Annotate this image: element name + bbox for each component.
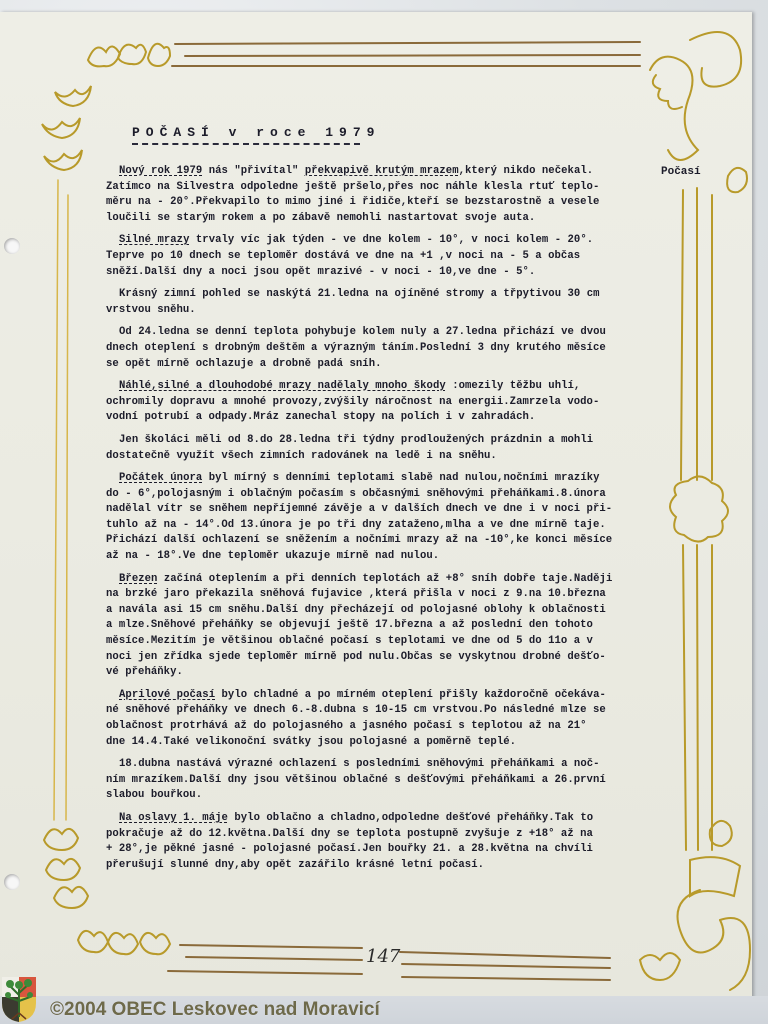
text-line: měsíce.Mezitím je většinou oblačné počas… [106, 634, 646, 650]
text-run: začíná oteplením a při denních teplotách… [157, 573, 612, 585]
municipality-crest-icon [0, 973, 38, 1023]
paragraph: Od 24.ledna se denní teplota pohybuje ko… [106, 325, 646, 372]
paragraph: Počátek února byl mírný s denními teplot… [106, 471, 646, 565]
paragraph: Krásný zimní pohled se naskýtá 21.ledna … [106, 287, 646, 318]
document-body: Nový rok 1979 nás "přivítal" překvapivě … [106, 164, 646, 880]
underlined-heading: Silné mrazy [119, 234, 189, 246]
text-line: Březen začíná oteplením a při denních te… [106, 572, 646, 588]
text-run: slabou bouřkou. [106, 789, 202, 801]
text-line: vodní potrubí a odpady.Mráz zanechal sto… [106, 410, 646, 426]
text-run: :omezily těžbu uhlí, [446, 380, 581, 392]
text-run: dnech oteplení s drobným deštěm a výrazn… [106, 342, 606, 354]
text-line: přerušují slunné dny,aby opět zazářilo k… [106, 858, 646, 874]
paragraph: 18.dubna nastává výrazné ochlazení s pos… [106, 757, 646, 804]
text-line: až na - 18°.Ve dne teploměr ukazuje mírn… [106, 549, 646, 565]
text-run: oblačnost protrhává až do polojasného a … [106, 720, 587, 732]
page-title: POČASÍ v roce 1979 [132, 125, 380, 140]
text-line: měru na - 20°.Překvapilo to mimo jiné i … [106, 195, 646, 211]
text-line: Nový rok 1979 nás "přivítal" překvapivě … [106, 164, 646, 180]
text-run: měru na - 20°.Překvapilo to mimo jiné i … [106, 196, 599, 208]
text-run: a navála asi 15 cm sněhu.Další dny přech… [106, 604, 606, 616]
paragraph: Na oslavy 1. máje bylo oblačno a chladno… [106, 811, 646, 873]
paragraph: Silné mrazy trvaly víc jak týden - ve dn… [106, 233, 646, 280]
underlined-heading: Nový rok 1979 [119, 165, 202, 177]
paragraph: Březen začíná oteplením a při denních te… [106, 572, 646, 681]
text-line: noci jen zřídka sjede teploměr mírně pod… [106, 650, 646, 666]
text-run: Zatímco na Silvestra odpoledne ještě prš… [106, 181, 599, 193]
title-underline [132, 143, 360, 145]
underlined-heading: Počátek února [119, 472, 202, 484]
text-run: přerušují slunné dny,aby opět zazářilo k… [106, 859, 484, 871]
text-run: ochromily dopravu a mnohé provozy,zvýšil… [106, 396, 599, 408]
text-line: né sněhové přeháňky ve dnech 6.-8.dubna … [106, 703, 646, 719]
underlined-heading: překvapivě krutým mrazem [305, 165, 459, 177]
text-run: až na - 18°.Ve dne teploměr ukazuje mírn… [106, 550, 439, 562]
text-line: ním mrazíkem.Další dny jsou většinou obl… [106, 773, 646, 789]
paragraph: Náhlé,silné a dlouhodobé mrazy nadělaly … [106, 379, 646, 426]
text-line: nadělal vítr se sněhem nepříjemné závěje… [106, 502, 646, 518]
page-number: 147 [366, 946, 400, 967]
text-run: vodní potrubí a odpady.Mráz zanechal sto… [106, 411, 535, 423]
punch-hole [4, 874, 20, 890]
punch-hole [4, 238, 20, 254]
text-line: se opět mírně ochlazuje a drobně padá sn… [106, 357, 646, 373]
text-run: Jen školáci měli od 8.do 28.ledna tři tý… [119, 434, 593, 446]
text-line: dne 14.4.Také velikonoční svátky jsou po… [106, 735, 646, 751]
text-line: ochromily dopravu a mnohé provozy,zvýšil… [106, 395, 646, 411]
text-run: nás "přivítal" [202, 165, 305, 177]
text-run: a mlze.Sněhové přeháňky se objevují ješt… [106, 619, 593, 631]
text-line: slabou bouřkou. [106, 788, 646, 804]
text-run: trvaly víc jak týden - ve dne kolem - 10… [189, 234, 593, 246]
text-run: Od 24.ledna se denní teplota pohybuje ko… [119, 326, 606, 338]
text-line: Náhlé,silné a dlouhodobé mrazy nadělaly … [106, 379, 646, 395]
text-line: Krásný zimní pohled se naskýtá 21.ledna … [106, 287, 646, 303]
underlined-heading: Náhlé,silné a dlouhodobé mrazy nadělaly … [119, 380, 446, 392]
text-run: na brzké jaro překazila sněhová fujavice… [106, 588, 606, 600]
text-line: Na oslavy 1. máje bylo oblačno a chladno… [106, 811, 646, 827]
paragraph: Aprilové počasí bylo chladné a po mírném… [106, 688, 646, 750]
text-line: Aprilové počasí bylo chladné a po mírném… [106, 688, 646, 704]
text-line: vrstvou sněhu. [106, 303, 646, 319]
text-run: ,který nikdo nečekal. [459, 165, 594, 177]
text-line: loučili se starým rokem a po zábavě nemo… [106, 211, 646, 227]
text-run: Teprve po 10 dnech se teploměr dostává v… [106, 250, 580, 262]
text-run: loučili se starým rokem a po zábavě nemo… [106, 212, 535, 224]
text-line: Silné mrazy trvaly víc jak týden - ve dn… [106, 233, 646, 249]
text-run: dostatečně využít všech zimních radováne… [106, 450, 497, 462]
text-run: bylo chladné a po mírném oteplení přišly… [215, 689, 606, 701]
text-line: tuhlo až na - 14°.Od 13.února je po tři … [106, 518, 646, 534]
text-line: Zatímco na Silvestra odpoledne ještě prš… [106, 180, 646, 196]
text-line: sněží.Další dny a noci jsou opět mrazivé… [106, 265, 646, 281]
text-run: né sněhové přeháňky ve dnech 6.-8.dubna … [106, 704, 606, 716]
margin-note: Počasí [661, 166, 701, 178]
copyright-watermark: ©2004 OBEC Leskovec nad Moravicí [50, 999, 380, 1021]
text-run: ním mrazíkem.Další dny jsou většinou obl… [106, 774, 606, 786]
text-line: + 28°,je pěkné jasné - polojasné počasí.… [106, 842, 646, 858]
text-run: Krásný zimní pohled se naskýtá 21.ledna … [119, 288, 600, 300]
text-line: a navála asi 15 cm sněhu.Další dny přech… [106, 603, 646, 619]
text-run: dne 14.4.Také velikonoční svátky jsou po… [106, 736, 516, 748]
text-run: nadělal vítr se sněhem nepříjemné závěje… [106, 503, 612, 515]
text-line: 18.dubna nastává výrazné ochlazení s pos… [106, 757, 646, 773]
text-line: dnech oteplení s drobným deštěm a výrazn… [106, 341, 646, 357]
text-run: měsíce.Mezitím je většinou oblačné počas… [106, 635, 593, 647]
underlined-heading: Aprilové počasí [119, 689, 215, 701]
text-line: Teprve po 10 dnech se teploměr dostává v… [106, 249, 646, 265]
underlined-heading: Březen [119, 573, 157, 585]
text-run: do - 6°,polojasným i oblačným počasím s … [106, 488, 606, 500]
text-run: Přichází další ochlazení se sněžením a n… [106, 534, 612, 546]
text-run: byl mírný s denními teplotami slabě nad … [202, 472, 599, 484]
text-line: Počátek února byl mírný s denními teplot… [106, 471, 646, 487]
text-line: dostatečně využít všech zimních radováne… [106, 449, 646, 465]
underlined-heading: Na oslavy 1. máje [119, 812, 228, 824]
text-run: vé přeháňky. [106, 666, 183, 678]
text-line: na brzké jaro překazila sněhová fujavice… [106, 587, 646, 603]
text-line: do - 6°,polojasným i oblačným počasím s … [106, 487, 646, 503]
text-run: sněží.Další dny a noci jsou opět mrazivé… [106, 266, 535, 278]
text-run: noci jen zřídka sjede teploměr mírně pod… [106, 651, 606, 663]
paragraph: Jen školáci měli od 8.do 28.ledna tři tý… [106, 433, 646, 464]
text-line: vé přeháňky. [106, 665, 646, 681]
text-run: tuhlo až na - 14°.Od 13.února je po tři … [106, 519, 606, 531]
text-run: vrstvou sněhu. [106, 304, 196, 316]
text-run: + 28°,je pěkné jasné - polojasné počasí.… [106, 843, 593, 855]
text-line: oblačnost protrhává až do polojasného a … [106, 719, 646, 735]
text-line: a mlze.Sněhové přeháňky se objevují ješt… [106, 618, 646, 634]
text-run: pokračuje až do 12.května.Další dny se t… [106, 828, 593, 840]
text-line: Přichází další ochlazení se sněžením a n… [106, 533, 646, 549]
text-run: bylo oblačno a chladno,odpoledne dešťové… [228, 812, 593, 824]
text-line: Jen školáci měli od 8.do 28.ledna tři tý… [106, 433, 646, 449]
paragraph: Nový rok 1979 nás "přivítal" překvapivě … [106, 164, 646, 226]
text-line: pokračuje až do 12.května.Další dny se t… [106, 827, 646, 843]
text-line: Od 24.ledna se denní teplota pohybuje ko… [106, 325, 646, 341]
text-run: 18.dubna nastává výrazné ochlazení s pos… [119, 758, 600, 770]
text-run: se opět mírně ochlazuje a drobně padá sn… [106, 358, 382, 370]
